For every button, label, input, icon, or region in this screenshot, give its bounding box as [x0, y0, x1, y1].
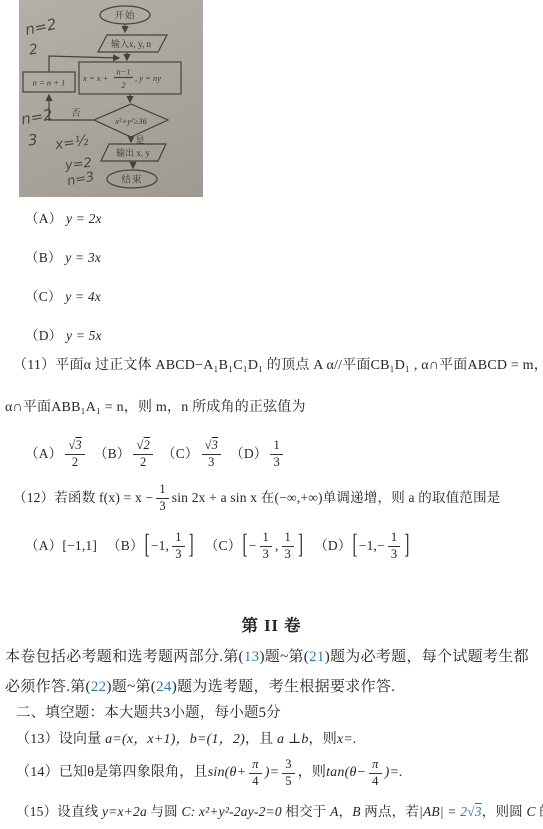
fraction: 13: [156, 483, 168, 512]
question-number: 24: [156, 679, 172, 695]
q15-math-highlight: 2√: [460, 804, 475, 819]
left-bracket: [: [144, 529, 151, 563]
q10-option-d: （D） y = 5x: [25, 328, 102, 345]
numerator: π: [369, 758, 381, 772]
denominator: 2: [133, 454, 153, 469]
q15-math: B: [352, 804, 360, 819]
q13-math: x=.: [337, 732, 357, 747]
process-formula-pre: x = x +: [82, 73, 108, 83]
section-instructions: 本卷包括必考题和选考题两部分.第(13)题~第(21)题为必考题，每个试题考生都…: [5, 642, 541, 702]
q14-text: （14）已知θ是第四象限角，且 sin(θ+ π4 )= 35 ，则 tan(θ…: [16, 756, 403, 790]
output-label: 输出 x, y: [116, 147, 150, 158]
end-label: 结束: [121, 174, 142, 186]
option-interval-pre: −1,: [151, 538, 169, 555]
q13-cjk: ，则: [309, 732, 337, 747]
option-label: （C）: [25, 289, 62, 304]
option-interval: [−1,1]: [62, 538, 97, 555]
q15-cjk: ，: [339, 804, 353, 819]
left-bracket: [: [352, 529, 359, 563]
condition-label: x²+y²≥36: [114, 116, 147, 126]
denominator: 3: [156, 498, 168, 513]
fraction: 13: [388, 531, 400, 560]
q15-cjk: ，则圆: [482, 804, 527, 819]
exam-page: 开始 输入x, y, n x = x + n−1 2 , y = ny n = …: [0, 0, 543, 829]
right-bracket: ]: [403, 529, 410, 563]
radicand: 3: [212, 438, 218, 452]
q15-cjk: 与圆: [147, 804, 182, 819]
fraction: 13: [270, 439, 282, 468]
denominator: 2: [65, 454, 85, 469]
numerator: π: [249, 758, 261, 772]
numerator: 1: [282, 531, 294, 545]
instructions-text: )题~第(: [106, 679, 156, 695]
q12-text-post: sin 2x + a sin x 在(−∞,+∞)单调递增，则 a 的取值范围是: [172, 490, 501, 507]
fraction: 13: [172, 531, 184, 560]
radical-sign: √: [205, 438, 212, 452]
instructions-text: )题为选考题，考生根据要求作答.: [172, 679, 396, 695]
input-label: 输入x, y, n: [111, 38, 151, 49]
q13-cjk: （13）设向量: [16, 732, 105, 747]
q13-cjk: ，且: [245, 732, 277, 747]
numerator: 1: [156, 483, 168, 497]
start-label: 开始: [114, 10, 135, 22]
q15-radicand: 3: [475, 804, 482, 819]
radicand: 3: [75, 438, 81, 452]
q10-option-b: （B） y = 3x: [25, 250, 101, 267]
question-number: 13: [244, 649, 260, 665]
question-number: 21: [309, 649, 325, 665]
option-interval-pre: −: [249, 538, 257, 555]
flowchart-photo: 开始 输入x, y, n x = x + n−1 2 , y = ny n = …: [19, 0, 203, 197]
q10-option-a: （A） y = 2x: [25, 211, 102, 228]
q15-math: C: [526, 804, 535, 819]
denominator: 3: [172, 546, 184, 561]
q15-cjk: 相交于: [282, 804, 330, 819]
section-heading: 第 II 卷: [0, 612, 543, 636]
option-expression: y = 3x: [65, 250, 101, 265]
q12-text-pre: （12）若函数 f(x) = x −: [13, 490, 153, 507]
q15-math: |AB| =: [419, 804, 460, 819]
option-interval-pre: −1,−: [359, 538, 385, 555]
option-label: （C）: [205, 538, 242, 555]
q14-math: tan(θ−: [326, 764, 366, 782]
numerator: 1: [388, 531, 400, 545]
denominator: 3: [260, 546, 272, 561]
option-label: （A）: [25, 446, 62, 463]
q13-math: a=(x，x+1)，b=(1，2): [105, 732, 245, 747]
q15-math: y=x+2a: [102, 804, 147, 819]
option-expression: y = 4x: [65, 289, 101, 304]
instructions-text: 本卷包括必考题和选考题两部分.第(: [5, 649, 244, 665]
fraction: π4: [369, 758, 381, 787]
option-label: （B）: [94, 446, 131, 463]
handwriting-note: 3: [27, 131, 38, 150]
denominator: 5: [282, 773, 294, 788]
q13-text: （13）设向量 a=(x，x+1)，b=(1，2)，且 a ⊥b，则x=.: [16, 731, 357, 749]
q15-math: C: x²+y²-2ay-2=0: [181, 804, 281, 819]
question-number: 22: [91, 679, 107, 695]
denominator: 3: [202, 454, 222, 469]
option-interval-comma: ,: [275, 538, 279, 555]
option-label: （D）: [314, 538, 351, 555]
q14-math: )=.: [385, 764, 403, 782]
q11-text-line2: α∩平面ABB₁A₁ = n，则 m，n 所成角的正弦值为: [5, 399, 306, 417]
q10-option-c: （C） y = 4x: [25, 289, 101, 306]
radical-sign: √: [136, 438, 143, 452]
yes-label: 是: [135, 135, 144, 145]
option-label: （D）: [230, 446, 267, 463]
fraction: √33: [202, 439, 222, 468]
fraction: π4: [249, 758, 261, 787]
process-fraction-denominator: 2: [121, 80, 126, 90]
denominator: 3: [388, 546, 400, 561]
fraction: 13: [282, 531, 294, 560]
numerator: 1: [172, 531, 184, 545]
option-label: （B）: [107, 538, 144, 555]
q15-math: A: [330, 804, 338, 819]
option-expression: y = 2x: [66, 211, 102, 226]
instructions-text: )题~第(: [259, 649, 309, 665]
left-bracket: [: [241, 529, 248, 563]
q14-math: )=: [265, 764, 280, 782]
q15-cjk: 的: [536, 804, 543, 819]
right-bracket: ]: [188, 529, 195, 563]
numerator: 1: [270, 439, 282, 453]
fraction: 13: [260, 531, 272, 560]
handwriting-note: 2: [28, 41, 39, 58]
option-label: （B）: [25, 250, 62, 265]
q15-cjk: 两点，若: [361, 804, 419, 819]
denominator: 4: [369, 773, 381, 788]
no-label: 否: [71, 108, 80, 118]
denominator: 3: [282, 546, 294, 561]
option-expression: y = 5x: [66, 328, 102, 343]
option-label: （D）: [25, 328, 62, 343]
process-formula-post: , y = ny: [135, 73, 161, 83]
q14-cjk: ，则: [298, 764, 326, 782]
fraction: 35: [282, 758, 294, 787]
q11-options-row: （A） √32 （B） √22 （C） √33 （D） 13: [25, 437, 286, 471]
q11-text-line1: （11）平面α 过正文体 ABCD−A₁B₁C₁D₁ 的顶点 A α//平面CB…: [13, 357, 543, 375]
denominator: 3: [270, 454, 282, 469]
numerator: 1: [260, 531, 272, 545]
right-bracket: ]: [297, 529, 304, 563]
denominator: 4: [249, 773, 261, 788]
q15-cjk: （15）设直线: [16, 804, 102, 819]
fraction: √22: [133, 439, 153, 468]
q14-math: sin(θ+: [208, 764, 247, 782]
radicand: 2: [144, 438, 150, 452]
increment-label: n = n + 1: [33, 78, 66, 88]
numerator: 3: [282, 758, 294, 772]
fill-in-header: 二、填空题：本大题共3小题，每小题5分: [16, 704, 281, 722]
fraction: √32: [65, 439, 85, 468]
q13-math: a ⊥b: [277, 732, 308, 747]
q12-options-row: （A） [−1,1] （B） [ −1, 13 ] （C） [ − 13 , 1…: [25, 527, 411, 565]
q14-cjk: （14）已知θ是第四象限角，且: [16, 764, 208, 782]
q12-text: （12）若函数 f(x) = x − 13 sin 2x + a sin x 在…: [13, 483, 500, 513]
option-label: （C）: [162, 446, 199, 463]
loop-return-line: [49, 56, 119, 72]
option-label: （A）: [25, 211, 62, 226]
q15-text: （15）设直线 y=x+2a 与圆 C: x²+y²-2ay-2=0 相交于 A…: [16, 804, 543, 821]
option-label: （A）: [25, 538, 62, 555]
process-fraction-numerator: n−1: [116, 67, 130, 77]
